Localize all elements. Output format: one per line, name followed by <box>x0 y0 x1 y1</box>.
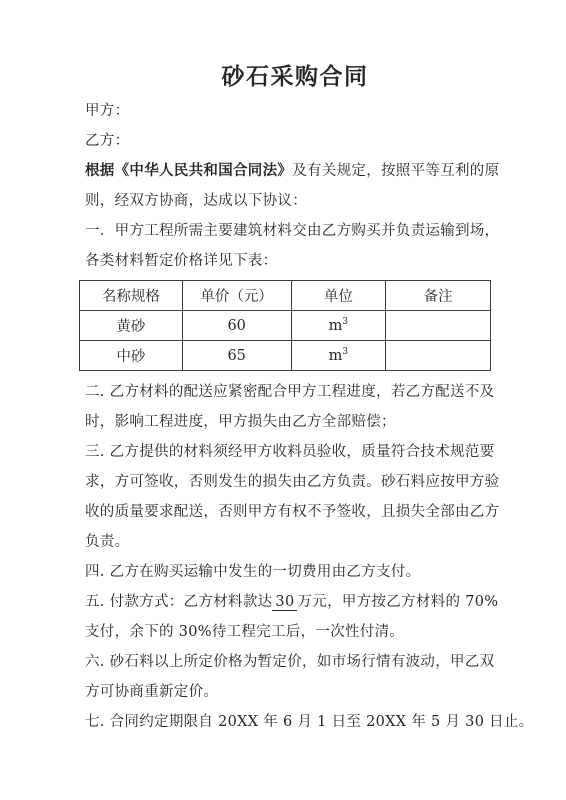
cubic-exponent: 3 <box>342 317 348 327</box>
cell-name-yellow-sand: 黄砂 <box>80 311 183 341</box>
price-table-header-row: 名称规格 单价（元） 单位 备注 <box>80 281 491 311</box>
clause-3-line-2: 求，方可签收，否则发生的损失由乙方负责。砂石料应按甲方验 <box>85 467 505 497</box>
payment-amount-blank: 30 <box>272 594 297 611</box>
cell-unit-medium-sand: m3 <box>291 341 386 371</box>
party-a-line: 甲方： <box>85 96 505 126</box>
cell-note-medium-sand <box>386 341 491 371</box>
cell-unit-yellow-sand: m3 <box>291 311 386 341</box>
table-row-medium-sand: 中砂 65 m3 <box>80 341 491 371</box>
clause-2-line-2: 时，影响工程进度，甲方损失由乙方全部赔偿； <box>85 407 505 437</box>
cell-price-yellow-sand: 60 <box>182 311 291 341</box>
preamble-line-2: 则，经双方协商，达成以下协议： <box>85 186 505 216</box>
clause-5-suffix: 万元，甲方按乙方材料的 70% <box>297 594 498 610</box>
clause-5-prefix: 五. 付款方式：乙方材料款达 <box>85 594 272 610</box>
cell-note-yellow-sand <box>386 311 491 341</box>
page-title: 砂石采购合同 <box>85 58 505 96</box>
table-row-yellow-sand: 黄砂 60 m3 <box>80 311 491 341</box>
clause-7-line-1: 七. 合同约定期限自 20XX 年 6 月 1 日至 20XX 年 5 月 30… <box>85 707 505 737</box>
law-reference-text: 根据《中华人民共和国合同法》 <box>85 162 292 179</box>
preamble-line-1: 根据《中华人民共和国合同法》及有关规定，按照平等互利的原 <box>85 156 505 186</box>
clause-5-line-1: 五. 付款方式：乙方材料款达30万元，甲方按乙方材料的 70% <box>85 587 505 617</box>
cell-price-medium-sand: 65 <box>182 341 291 371</box>
clause-6-line-1: 六. 砂石料以上所定价格为暂定价，如市场行情有波动，甲乙双 <box>85 647 505 677</box>
price-table: 名称规格 单价（元） 单位 备注 黄砂 60 m3 中砂 65 m3 <box>79 280 491 371</box>
clause-2-line-1: 二. 乙方材料的配送应紧密配合甲方工程进度，若乙方配送不及 <box>85 377 505 407</box>
clause-1-line-1: 一．甲方工程所需主要建筑材料交由乙方购买并负责运输到场， <box>85 216 505 246</box>
contract-document-page: 砂石采购合同 甲方： 乙方： 根据《中华人民共和国合同法》及有关规定，按照平等互… <box>0 0 566 800</box>
header-name-spec: 名称规格 <box>80 281 183 311</box>
header-unit-price: 单价（元） <box>182 281 291 311</box>
clause-3-line-1: 三. 乙方提供的材料须经甲方收料员验收，质量符合技术规范要 <box>85 437 505 467</box>
header-unit: 单位 <box>291 281 386 311</box>
clause-3-line-3: 收的质量要求配送，否则甲方有权不予签收，且损失全部由乙方 <box>85 497 505 527</box>
clause-5-line-2: 支付，余下的 30%待工程完工后，一次性付清。 <box>85 617 505 647</box>
header-remarks: 备注 <box>386 281 491 311</box>
preamble-line-1-rest: 及有关规定，按照平等互利的原 <box>292 163 499 179</box>
clause-4-line-1: 四. 乙方在购买运输中发生的一切费用由乙方支付。 <box>85 557 505 587</box>
clause-6-line-2: 方可协商重新定价。 <box>85 677 505 707</box>
cubic-exponent: 3 <box>342 347 348 357</box>
clause-1-line-2: 各类材料暂定价格详见下表： <box>85 246 505 276</box>
party-b-line: 乙方： <box>85 126 505 156</box>
clause-3-line-4: 负责。 <box>85 527 505 557</box>
cell-name-medium-sand: 中砂 <box>80 341 183 371</box>
